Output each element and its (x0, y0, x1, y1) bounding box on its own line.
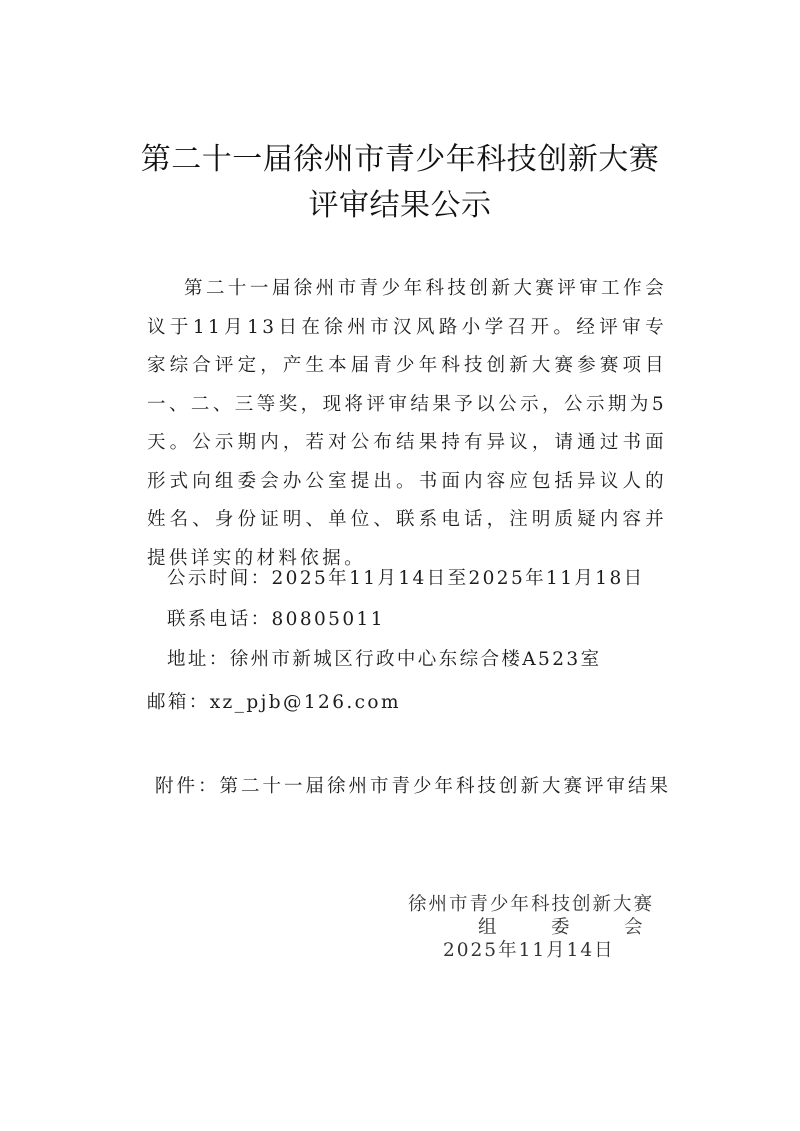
address: 地址：徐州市新城区行政中心东综合楼A523室 (167, 648, 687, 672)
signature-date: 2025年11月14日 (443, 939, 615, 963)
signature-committee: 组委会 (478, 916, 697, 940)
body-paragraph: 第二十一届徐州市青少年科技创新大赛评审工作会议于11月13日在徐州市汉风路小学召… (147, 270, 667, 578)
document-page: 第二十一届徐州市青少年科技创新大赛 评审结果公示 第二十一届徐州市青少年科技创新… (0, 0, 800, 1131)
publicity-period: 公示时间：2025年11月14日至2025年11月18日 (167, 567, 687, 591)
title-line-1: 第二十一届徐州市青少年科技创新大赛 (0, 142, 800, 178)
committee-char: 会 (624, 916, 697, 940)
title-line-2: 评审结果公示 (0, 188, 800, 224)
attachment-note: 附件：第二十一届徐州市青少年科技创新大赛评审结果 (155, 775, 675, 799)
committee-char: 委 (551, 916, 624, 940)
signature-organization: 徐州市青少年科技创新大赛 (408, 893, 654, 917)
contact-phone: 联系电话：80805011 (167, 608, 687, 632)
email: 邮箱：xz_pjb@126.com (147, 691, 667, 715)
committee-char: 组 (478, 916, 551, 940)
